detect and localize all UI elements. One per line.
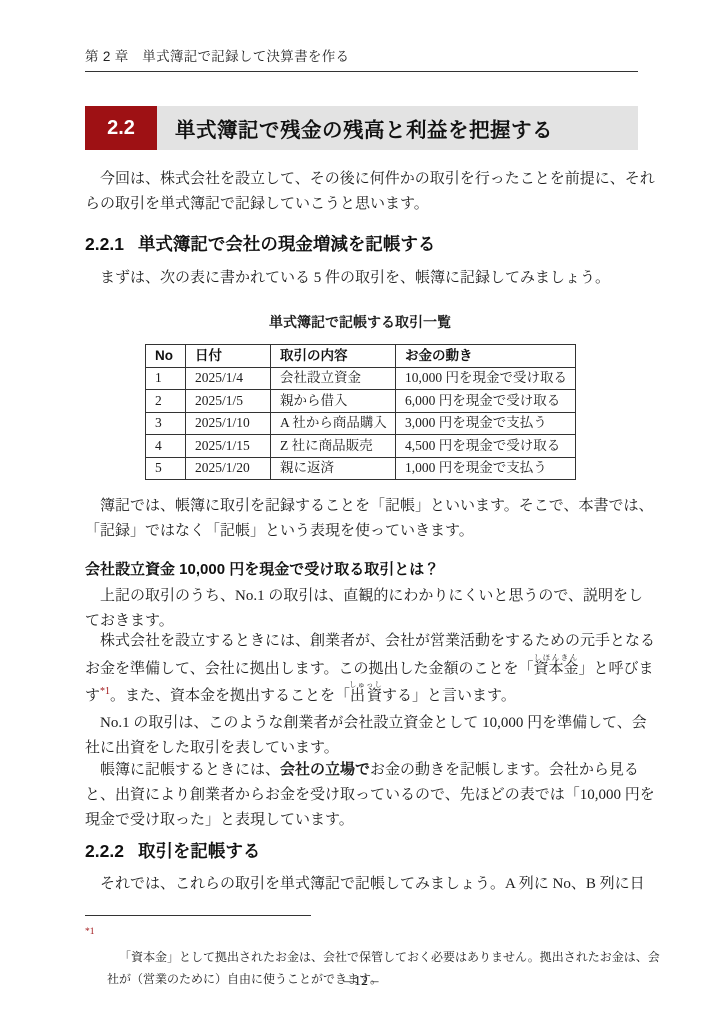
cell-date: 2025/1/5 (186, 390, 271, 413)
text-segment: 帳簿に記帳するときには、 (85, 762, 280, 778)
section-banner: 2.2 単式簿記で残金の残高と利益を把握する (85, 106, 638, 150)
col-header-no: No (146, 345, 186, 368)
col-header-date: 日付 (186, 345, 271, 368)
ruby-text: しほんきん (534, 653, 579, 662)
running-header: 第 2 章 単式簿記で記録して決算書を作る (85, 45, 638, 65)
paragraph-kabushiki: 株式会社を設立するときには、創業者が、会社が営業活動をするための元手となる お金… (85, 628, 645, 711)
ruby-shihonkin: 資本金しほんきん (534, 661, 579, 677)
ruby-base: 資本金 (534, 661, 579, 677)
transaction-table: No 日付 取引の内容 お金の動き 1 2025/1/4 会社設立資金 10,0… (145, 344, 576, 480)
document-page: 第 2 章 単式簿記で記録して決算書を作る 2.2 単式簿記で残金の残高と利益を… (0, 0, 722, 1024)
cell-description: A 社から商品購入 (271, 412, 396, 435)
cell-date: 2025/1/4 (186, 367, 271, 390)
cell-description: 親に返済 (271, 457, 396, 480)
heading-title: 単式簿記で会社の現金増減を記帳する (138, 234, 436, 254)
paragraph-choubo: 帳簿に記帳するときには、会社の立場でお金の動きを記帳します。会社から見る と、出… (85, 757, 645, 833)
cell-date: 2025/1/10 (186, 412, 271, 435)
ruby-text: しゅっし (349, 680, 383, 689)
footnote-marker: *1 (85, 921, 95, 943)
paragraph-jouki: 上記の取引のうち、No.1 の取引は、直観的にわかりにくいと思うので、説明をし … (85, 584, 645, 634)
table-row: 2 2025/1/5 親から借入 6,000 円を現金で受け取る (146, 390, 576, 413)
text-segment: 。また、資本金を拠出することを「 (110, 688, 350, 704)
footnote: *1「資本金」として拠出されたお金は、会社で保管しておく必要はありません。拠出さ… (85, 924, 645, 1012)
footnote-rule (85, 915, 311, 916)
paragraph-boki: 簿記では、帳簿に取引を記録することを「記帳」といいます。そこで、本書では、 「記… (85, 494, 645, 544)
paragraph-intro: 今回は、株式会社を設立して、その後に何件かの取引を行ったことを前提に、それ らの… (85, 167, 645, 217)
paragraph-no1: No.1 の取引は、このような創業者が会社設立資金として 10,000 円を準備… (85, 711, 645, 761)
bold-emphasis: 会社の立場で (280, 761, 370, 778)
cell-description: Z 社に商品販売 (271, 435, 396, 458)
heading-2-2-1: 2.2.1単式簿記で会社の現金増減を記帳する (85, 231, 435, 256)
col-header-description: 取引の内容 (271, 345, 396, 368)
ruby-base: 出資 (349, 688, 383, 704)
page-number: – 12 – (0, 974, 722, 990)
cell-description: 親から借入 (271, 390, 396, 413)
table-caption: 単式簿記で記帳する取引一覧 (145, 312, 575, 332)
heading-question: 会社設立資金 10,000 円を現金で受け取る取引とは？ (85, 558, 439, 579)
footnote-reference: *1 (100, 686, 110, 697)
table-header-row: No 日付 取引の内容 お金の動き (146, 345, 576, 368)
cell-description: 会社設立資金 (271, 367, 396, 390)
heading-title: 取引を記帳する (138, 841, 261, 861)
cell-date: 2025/1/20 (186, 457, 271, 480)
section-title: 単式簿記で残金の残高と利益を把握する (175, 113, 553, 143)
section-title-wrap: 単式簿記で残金の残高と利益を把握する (157, 106, 638, 150)
text-segment: する」と言います。 (382, 688, 516, 704)
cell-cashflow: 3,000 円を現金で支払う (396, 412, 576, 435)
paragraph-soredeha: それでは、これらの取引を単式簿記で記帳してみましょう。A 列に No、B 列に日 (85, 872, 645, 897)
table-row: 5 2025/1/20 親に返済 1,000 円を現金で支払う (146, 457, 576, 480)
cell-no: 4 (146, 435, 186, 458)
col-header-cashflow: お金の動き (396, 345, 576, 368)
table-row: 4 2025/1/15 Z 社に商品販売 4,500 円を現金で受け取る (146, 435, 576, 458)
heading-2-2-2: 2.2.2取引を記帳する (85, 838, 260, 863)
cell-no: 3 (146, 412, 186, 435)
heading-number: 2.2.2 (85, 841, 124, 861)
header-rule (85, 71, 638, 72)
section-number: 2.2 (85, 106, 157, 150)
cell-cashflow: 4,500 円を現金で受け取る (396, 435, 576, 458)
heading-number: 2.2.1 (85, 234, 124, 254)
cell-date: 2025/1/15 (186, 435, 271, 458)
table-row: 1 2025/1/4 会社設立資金 10,000 円を現金で受け取る (146, 367, 576, 390)
cell-cashflow: 10,000 円を現金で受け取る (396, 367, 576, 390)
table-row: 3 2025/1/10 A 社から商品購入 3,000 円を現金で支払う (146, 412, 576, 435)
cell-no: 1 (146, 367, 186, 390)
cell-cashflow: 6,000 円を現金で受け取る (396, 390, 576, 413)
ruby-shusshi: 出資しゅっし (350, 688, 382, 704)
cell-no: 5 (146, 457, 186, 480)
cell-cashflow: 1,000 円を現金で支払う (396, 457, 576, 480)
cell-no: 2 (146, 390, 186, 413)
paragraph-mazuha: まずは、次の表に書かれている 5 件の取引を、帳簿に記録してみましょう。 (85, 266, 645, 291)
